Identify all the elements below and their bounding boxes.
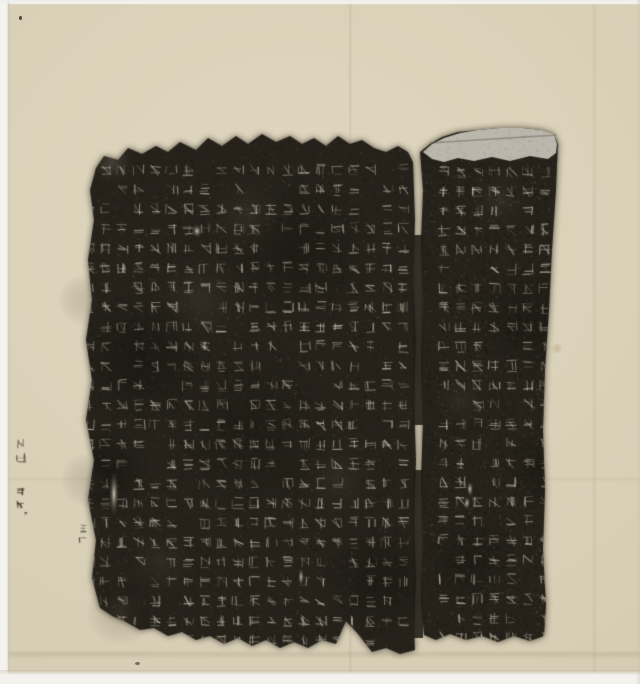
margin-annotation-join-note: 接上 (76, 520, 86, 540)
paper-speck-bottom (135, 662, 140, 665)
scanned-rubbing-sheet: 東魏 志為二 接上 (0, 0, 640, 684)
margin-annotation-dynasty: 東魏 (14, 436, 26, 460)
margin-annotation-sheet-note: 志為二 (13, 486, 24, 519)
paper-stain (550, 344, 564, 353)
rubbing-main-piece (84, 132, 418, 656)
paper-speck-top-left (19, 16, 22, 20)
rubbing-right-strip (419, 126, 559, 644)
